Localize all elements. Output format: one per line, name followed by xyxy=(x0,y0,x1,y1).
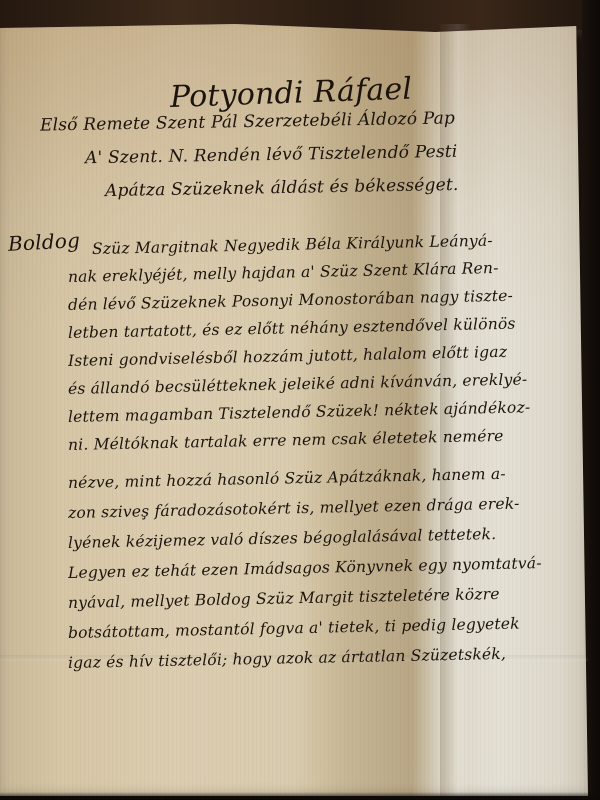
document-photo: Potyondi Ráfael Első Remete Szent Pál Sz… xyxy=(0,0,600,800)
margin-word: Boldog xyxy=(7,228,80,256)
bottom-edge-shadow xyxy=(0,792,600,800)
wooden-surface-top xyxy=(0,0,600,30)
